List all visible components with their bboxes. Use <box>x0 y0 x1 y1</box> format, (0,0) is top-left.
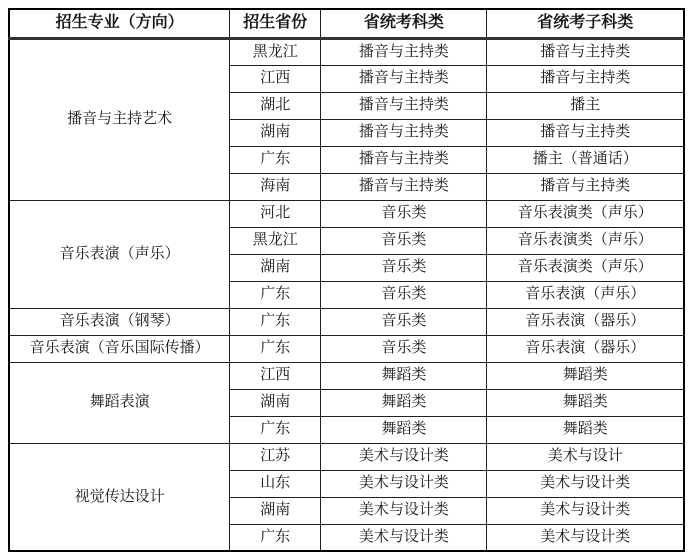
province-cell: 广东 <box>230 416 321 443</box>
exam-category-cell: 播音与主持类 <box>321 146 487 173</box>
exam-category-cell: 美术与设计类 <box>321 524 487 551</box>
exam-subcategory-cell: 舞蹈类 <box>487 362 684 389</box>
exam-subcategory-cell: 播音与主持类 <box>487 173 684 200</box>
major-cell: 播音与主持艺术 <box>9 38 230 200</box>
province-cell: 湖南 <box>230 254 321 281</box>
province-cell: 湖南 <box>230 497 321 524</box>
exam-subcategory-cell: 音乐表演类（声乐） <box>487 227 684 254</box>
header-major: 招生专业（方向） <box>9 9 230 38</box>
exam-subcategory-cell: 舞蹈类 <box>487 416 684 443</box>
province-cell: 广东 <box>230 281 321 308</box>
exam-category-cell: 音乐类 <box>321 335 487 362</box>
exam-category-cell: 播音与主持类 <box>321 92 487 119</box>
exam-subcategory-cell: 美术与设计 <box>487 443 684 470</box>
exam-subcategory-cell: 音乐表演类（声乐） <box>487 254 684 281</box>
exam-category-cell: 播音与主持类 <box>321 38 487 65</box>
table-row: 播音与主持艺术 黑龙江 播音与主持类 播音与主持类 <box>9 38 684 65</box>
exam-subcategory-cell: 播音与主持类 <box>487 119 684 146</box>
major-cell: 音乐表演（音乐国际传播） <box>9 335 230 362</box>
major-cell: 音乐表演（钢琴） <box>9 308 230 335</box>
province-cell: 广东 <box>230 146 321 173</box>
exam-category-cell: 播音与主持类 <box>321 173 487 200</box>
province-cell: 湖南 <box>230 119 321 146</box>
exam-category-cell: 舞蹈类 <box>321 362 487 389</box>
exam-category-cell: 舞蹈类 <box>321 416 487 443</box>
exam-category-cell: 音乐类 <box>321 200 487 227</box>
major-cell: 舞蹈表演 <box>9 362 230 443</box>
header-province: 招生省份 <box>230 9 321 38</box>
province-cell: 海南 <box>230 173 321 200</box>
table-row: 音乐表演（声乐） 河北 音乐类 音乐表演类（声乐） <box>9 200 684 227</box>
exam-category-cell: 播音与主持类 <box>321 119 487 146</box>
exam-subcategory-cell: 美术与设计类 <box>487 524 684 551</box>
exam-subcategory-cell: 美术与设计类 <box>487 497 684 524</box>
table-row: 舞蹈表演 江西 舞蹈类 舞蹈类 <box>9 362 684 389</box>
header-exam-subcategory: 省统考子科类 <box>487 9 684 38</box>
exam-subcategory-cell: 音乐表演（声乐） <box>487 281 684 308</box>
exam-category-cell: 音乐类 <box>321 281 487 308</box>
table-row: 音乐表演（音乐国际传播） 广东 音乐类 音乐表演（器乐） <box>9 335 684 362</box>
province-cell: 江西 <box>230 362 321 389</box>
exam-subcategory-cell: 音乐表演类（声乐） <box>487 200 684 227</box>
province-cell: 江苏 <box>230 443 321 470</box>
province-cell: 广东 <box>230 524 321 551</box>
exam-category-cell: 音乐类 <box>321 254 487 281</box>
province-cell: 黑龙江 <box>230 227 321 254</box>
province-cell: 江西 <box>230 65 321 92</box>
province-cell: 湖北 <box>230 92 321 119</box>
exam-subcategory-cell: 播主 <box>487 92 684 119</box>
table-row: 视觉传达设计 江苏 美术与设计类 美术与设计 <box>9 443 684 470</box>
exam-category-cell: 美术与设计类 <box>321 470 487 497</box>
header-exam-category: 省统考科类 <box>321 9 487 38</box>
exam-category-cell: 美术与设计类 <box>321 497 487 524</box>
exam-subcategory-cell: 音乐表演（器乐） <box>487 335 684 362</box>
major-cell: 视觉传达设计 <box>9 443 230 551</box>
table-header: 招生专业（方向） 招生省份 省统考科类 省统考子科类 <box>9 9 684 38</box>
exam-category-cell: 美术与设计类 <box>321 443 487 470</box>
enrollment-exam-category-table: 招生专业（方向） 招生省份 省统考科类 省统考子科类 播音与主持艺术 黑龙江 播… <box>8 8 685 552</box>
exam-category-cell: 音乐类 <box>321 227 487 254</box>
exam-subcategory-cell: 播主（普通话） <box>487 146 684 173</box>
province-cell: 广东 <box>230 308 321 335</box>
province-cell: 广东 <box>230 335 321 362</box>
province-cell: 山东 <box>230 470 321 497</box>
province-cell: 湖南 <box>230 389 321 416</box>
exam-subcategory-cell: 播音与主持类 <box>487 65 684 92</box>
exam-subcategory-cell: 播音与主持类 <box>487 38 684 65</box>
admissions-table-page: 招生专业（方向） 招生省份 省统考科类 省统考子科类 播音与主持艺术 黑龙江 播… <box>0 0 693 560</box>
exam-subcategory-cell: 舞蹈类 <box>487 389 684 416</box>
province-cell: 黑龙江 <box>230 38 321 65</box>
exam-category-cell: 播音与主持类 <box>321 65 487 92</box>
province-cell: 河北 <box>230 200 321 227</box>
header-row: 招生专业（方向） 招生省份 省统考科类 省统考子科类 <box>9 9 684 38</box>
major-cell: 音乐表演（声乐） <box>9 200 230 308</box>
exam-subcategory-cell: 美术与设计类 <box>487 470 684 497</box>
table-row: 音乐表演（钢琴） 广东 音乐类 音乐表演（器乐） <box>9 308 684 335</box>
exam-category-cell: 音乐类 <box>321 308 487 335</box>
table-body: 播音与主持艺术 黑龙江 播音与主持类 播音与主持类 江西 播音与主持类 播音与主… <box>9 38 684 551</box>
exam-subcategory-cell: 音乐表演（器乐） <box>487 308 684 335</box>
exam-category-cell: 舞蹈类 <box>321 389 487 416</box>
